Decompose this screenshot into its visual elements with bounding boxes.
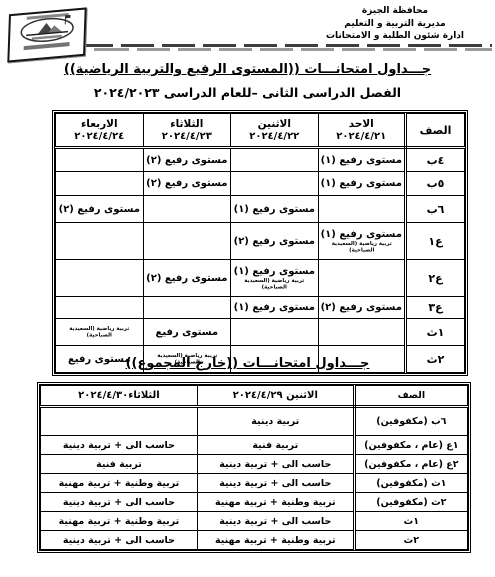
table-row: ٢ث (مكفوفين) تربية وطنية + تربية مهنية ح…	[41, 493, 468, 512]
class-cell: ٢ث	[354, 531, 467, 550]
col-header-sunday: الاحد٢٠٢٤/٤/٢١	[318, 114, 405, 148]
col-header-class: الصف	[354, 386, 467, 407]
exam-cell: تربية وطنية + تربية مهنية	[41, 474, 198, 493]
class-cell: ٦ب (مكفوفين)	[354, 407, 467, 436]
exam-cell	[143, 196, 230, 223]
exam-cell: حاسب الى + تربية دينية	[41, 436, 198, 455]
exam-cell	[41, 407, 198, 436]
table-row: ١ث حاسب الى + تربية دينية تربية وطنية + …	[41, 512, 468, 531]
exam-cell: حاسب الى + تربية دينية	[197, 474, 354, 493]
org-line-governorate: محافظة الجيزة	[305, 5, 485, 18]
class-cell: ١ث	[406, 319, 465, 346]
decorative-rule	[80, 44, 492, 52]
col-header-monday: الاثنين٢٠٢٤/٤/٢٢	[231, 114, 318, 148]
exam-cell	[143, 297, 230, 319]
org-header: محافظة الجيزة مديرية التربية و التعليم ا…	[305, 5, 485, 43]
exam-cell: تربية وطنية + تربية مهنية	[197, 493, 354, 512]
exam-cell: مستوى رفيع (١)	[318, 172, 405, 196]
table1-header-row: الصف الاحد٢٠٢٤/٤/٢١ الاثنين٢٠٢٤/٤/٢٢ الث…	[56, 114, 465, 148]
col-header-class: الصف	[406, 114, 465, 148]
exam-cell: مستوى رفيع (١)	[318, 148, 405, 172]
exam-cell	[56, 260, 144, 297]
exam-cell	[318, 319, 405, 346]
exam-cell: مستوى رفيع (٢)	[143, 260, 230, 297]
class-cell: ٤ب	[406, 148, 465, 172]
org-line-administration: ادارة شئون الطلبة و الامتحانات	[305, 30, 485, 43]
table-row: ع٢ مستوى رفيع (١)تربية رياضية (السعيدية …	[56, 260, 465, 297]
exam-cell: تربية فنية	[41, 455, 198, 474]
class-cell: ع١	[406, 223, 465, 260]
exam-cell: مستوى رفيع (١)	[231, 297, 318, 319]
exam-cell	[231, 319, 318, 346]
exam-cell: مستوى رفيع (٢)	[143, 172, 230, 196]
exam-cell	[318, 196, 405, 223]
exam-cell: حاسب الى + تربية دينية	[41, 493, 198, 512]
class-cell: ١ث	[354, 512, 467, 531]
table-row: ع١ مستوى رفيع (١)تربية رياضية (السعيدية …	[56, 223, 465, 260]
governorate-logo	[7, 7, 86, 62]
exam-cell: حاسب الى + تربية دينية	[197, 455, 354, 474]
class-cell: ع٢	[406, 260, 465, 297]
class-cell: ٦ب	[406, 196, 465, 223]
section1-subtitle: الفصل الدراسى الثانى –للعام الدراسى ٢٠٢٤…	[0, 85, 495, 100]
col-header-tuesday: الثلاثاء٢٠٢٤/٤/٣٠	[41, 386, 198, 407]
exam-cell: حاسب الى + تربية دينية	[41, 531, 198, 550]
exam-cell: مستوى رفيع (١)	[231, 196, 318, 223]
exam-cell: مستوى رفيع (٢)	[56, 196, 144, 223]
section1-title: جـــداول امتحانـــات ((المستوى الرفيع وا…	[0, 62, 495, 77]
class-cell: ٥ب	[406, 172, 465, 196]
table-row: ٦ب (مكفوفين) تربية دينية	[41, 407, 468, 436]
exam-cell: مستوى رفيع (١)تربية رياضية (السعيدية الص…	[231, 260, 318, 297]
org-line-directorate: مديرية التربية و التعليم	[305, 18, 485, 31]
exam-cell: مستوى رفيع	[143, 319, 230, 346]
class-cell: ١ث (مكفوفين)	[354, 474, 467, 493]
exam-cell: مستوى رفيع (١)تربية رياضية (السعيدية الص…	[318, 223, 405, 260]
table-row: ٢ع (عام ، مكفوفين) حاسب الى + تربية ديني…	[41, 455, 468, 474]
col-header-tuesday: الثلاثاء٢٠٢٤/٤/٢٣	[143, 114, 230, 148]
exam-cell	[56, 148, 144, 172]
exam-table-high-level: الصف الاحد٢٠٢٤/٤/٢١ الاثنين٢٠٢٤/٤/٢٢ الث…	[52, 110, 468, 376]
class-cell: ٢ع (عام ، مكفوفين)	[354, 455, 467, 474]
exam-cell: تربية وطنية + تربية مهنية	[197, 531, 354, 550]
exam-cell: تربية رياضية (السعيدية الصباحية)	[56, 319, 144, 346]
exam-cell: مستوى رفيع (٢)	[231, 223, 318, 260]
exam-cell: تربية وطنية + تربية مهنية	[41, 512, 198, 531]
section2-title: جـــداول امتحانـــات ((خارج المجموع))	[0, 356, 495, 371]
table-row: ٦ب مستوى رفيع (١) مستوى رفيع (٢)	[56, 196, 465, 223]
exam-cell	[56, 223, 144, 260]
class-cell: ع٣	[406, 297, 465, 319]
exam-cell	[56, 297, 144, 319]
table-row: ١ث (مكفوفين) حاسب الى + تربية دينية تربي…	[41, 474, 468, 493]
table2-header-row: الصف الاثنين ٢٠٢٤/٤/٢٩ الثلاثاء٢٠٢٤/٤/٣٠	[41, 386, 468, 407]
exam-cell	[318, 260, 405, 297]
exam-cell: حاسب الى + تربية دينية	[197, 512, 354, 531]
table-row: ١ث مستوى رفيع تربية رياضية (السعيدية الص…	[56, 319, 465, 346]
exam-table-outside-total: الصف الاثنين ٢٠٢٤/٤/٢٩ الثلاثاء٢٠٢٤/٤/٣٠…	[37, 382, 471, 553]
exam-cell: مستوى رفيع (٢)	[318, 297, 405, 319]
table-row: ٢ث تربية وطنية + تربية مهنية حاسب الى + …	[41, 531, 468, 550]
col-header-wednesday: الاربعاء٢٠٢٤/٤/٢٤	[56, 114, 144, 148]
exam-cell: تربية فنية	[197, 436, 354, 455]
class-cell: ١ع (عام ، مكفوفين)	[354, 436, 467, 455]
exam-cell: مستوى رفيع (٢)	[143, 148, 230, 172]
exam-cell	[231, 148, 318, 172]
table-row: ع٣ مستوى رفيع (٢) مستوى رفيع (١)	[56, 297, 465, 319]
exam-cell	[231, 172, 318, 196]
exam-cell	[143, 223, 230, 260]
table-row: ١ع (عام ، مكفوفين) تربية فنية حاسب الى +…	[41, 436, 468, 455]
col-header-monday: الاثنين ٢٠٢٤/٤/٢٩	[197, 386, 354, 407]
class-cell: ٢ث (مكفوفين)	[354, 493, 467, 512]
table-row: ٤ب مستوى رفيع (١) مستوى رفيع (٢)	[56, 148, 465, 172]
table-row: ٥ب مستوى رفيع (١) مستوى رفيع (٢)	[56, 172, 465, 196]
exam-cell: تربية دينية	[197, 407, 354, 436]
exam-cell	[56, 172, 144, 196]
